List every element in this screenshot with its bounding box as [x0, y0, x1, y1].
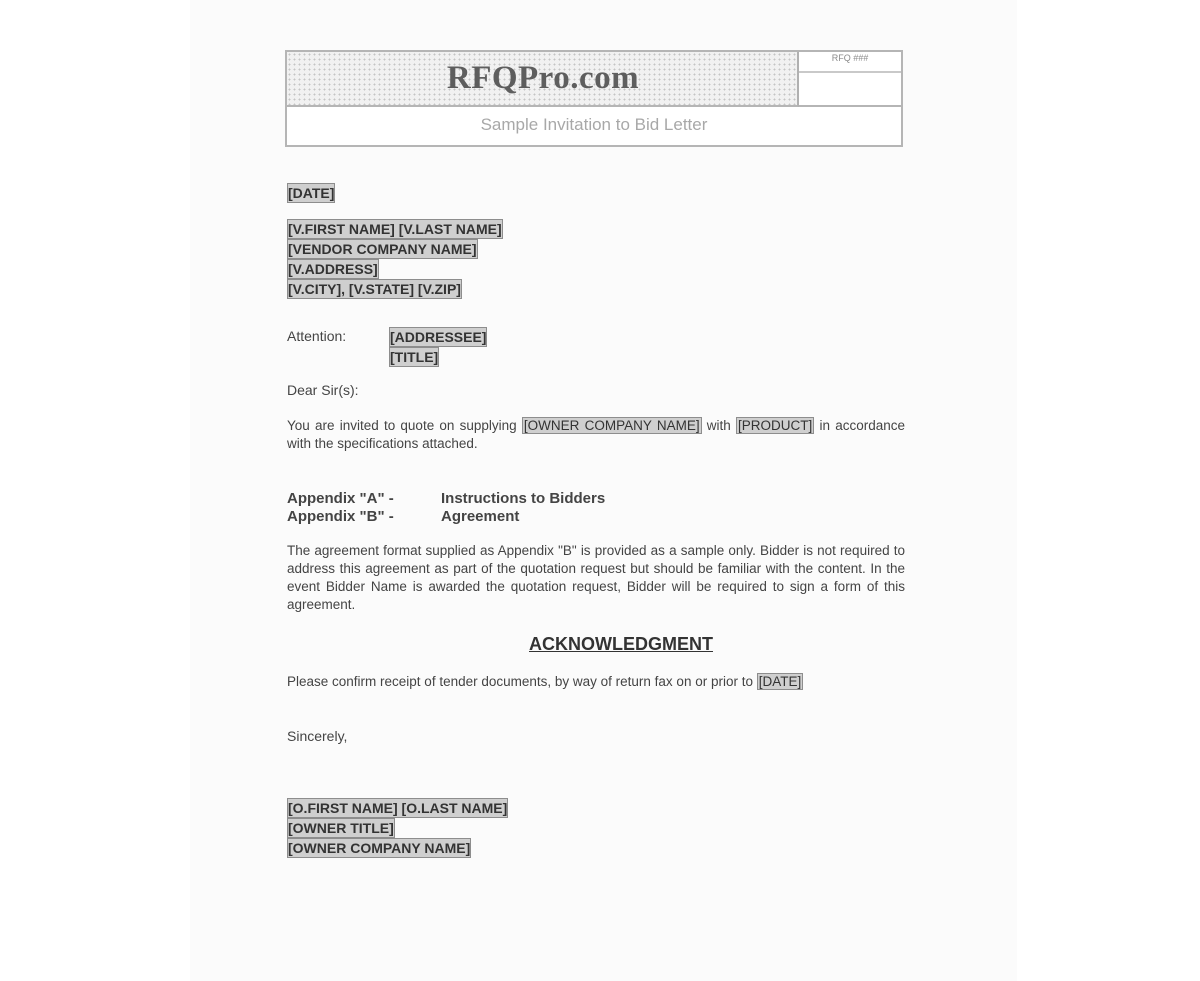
letter-subtitle: Sample Invitation to Bid Letter	[287, 115, 901, 135]
appendix-item: Appendix "B" - Agreement	[287, 508, 605, 526]
reference-label: RFQ ###	[799, 53, 901, 73]
owner-name: [O.FIRST NAME] [O.LAST NAME]	[287, 798, 508, 818]
signature-block: [O.FIRST NAME] [O.LAST NAME] [OWNER TITL…	[287, 798, 508, 858]
product-placeholder: [PRODUCT]	[736, 417, 814, 434]
ack-date-placeholder: [DATE]	[757, 673, 804, 690]
closing: Sincerely,	[287, 727, 347, 745]
appendix-list: Appendix "A" - Instructions to Bidders A…	[287, 490, 605, 526]
brand-title: RFQPro.com	[287, 60, 799, 97]
reference-box: RFQ ###	[799, 52, 901, 107]
vendor-street: [V.ADDRESS]	[287, 259, 379, 279]
vendor-address: [V.FIRST NAME] [V.LAST NAME] [VENDOR COM…	[287, 219, 503, 299]
letterhead: RFQPro.com RFQ ### Sample Invitation to …	[285, 50, 903, 147]
vendor-city-state-zip: [V.CITY], [V.STATE] [V.ZIP]	[287, 279, 462, 299]
attention-label: Attention:	[287, 327, 346, 345]
attention-lines: [ADDRESSEE] [TITLE]	[389, 327, 487, 367]
appendix-item: Appendix "A" - Instructions to Bidders	[287, 490, 605, 508]
addressee: [ADDRESSEE]	[389, 327, 487, 347]
salutation: Dear Sir(s):	[287, 381, 359, 399]
owner-company-placeholder: [OWNER COMPANY NAME]	[522, 417, 702, 434]
owner-title: [OWNER TITLE]	[287, 818, 395, 838]
acknowledgment-paragraph: Please confirm receipt of tender documen…	[287, 673, 905, 691]
brand-panel: RFQPro.com	[287, 52, 799, 107]
invitation-paragraph: You are invited to quote on supplying [O…	[287, 417, 905, 453]
owner-company: [OWNER COMPANY NAME]	[287, 838, 471, 858]
vendor-company: [VENDOR COMPANY NAME]	[287, 239, 478, 259]
date-placeholder: [DATE]	[287, 183, 335, 203]
agreement-paragraph: The agreement format supplied as Appendi…	[287, 542, 905, 614]
acknowledgment-heading: ACKNOWLEDGMENT	[287, 634, 955, 655]
addressee-title: [TITLE]	[389, 347, 439, 367]
vendor-name: [V.FIRST NAME] [V.LAST NAME]	[287, 219, 503, 239]
